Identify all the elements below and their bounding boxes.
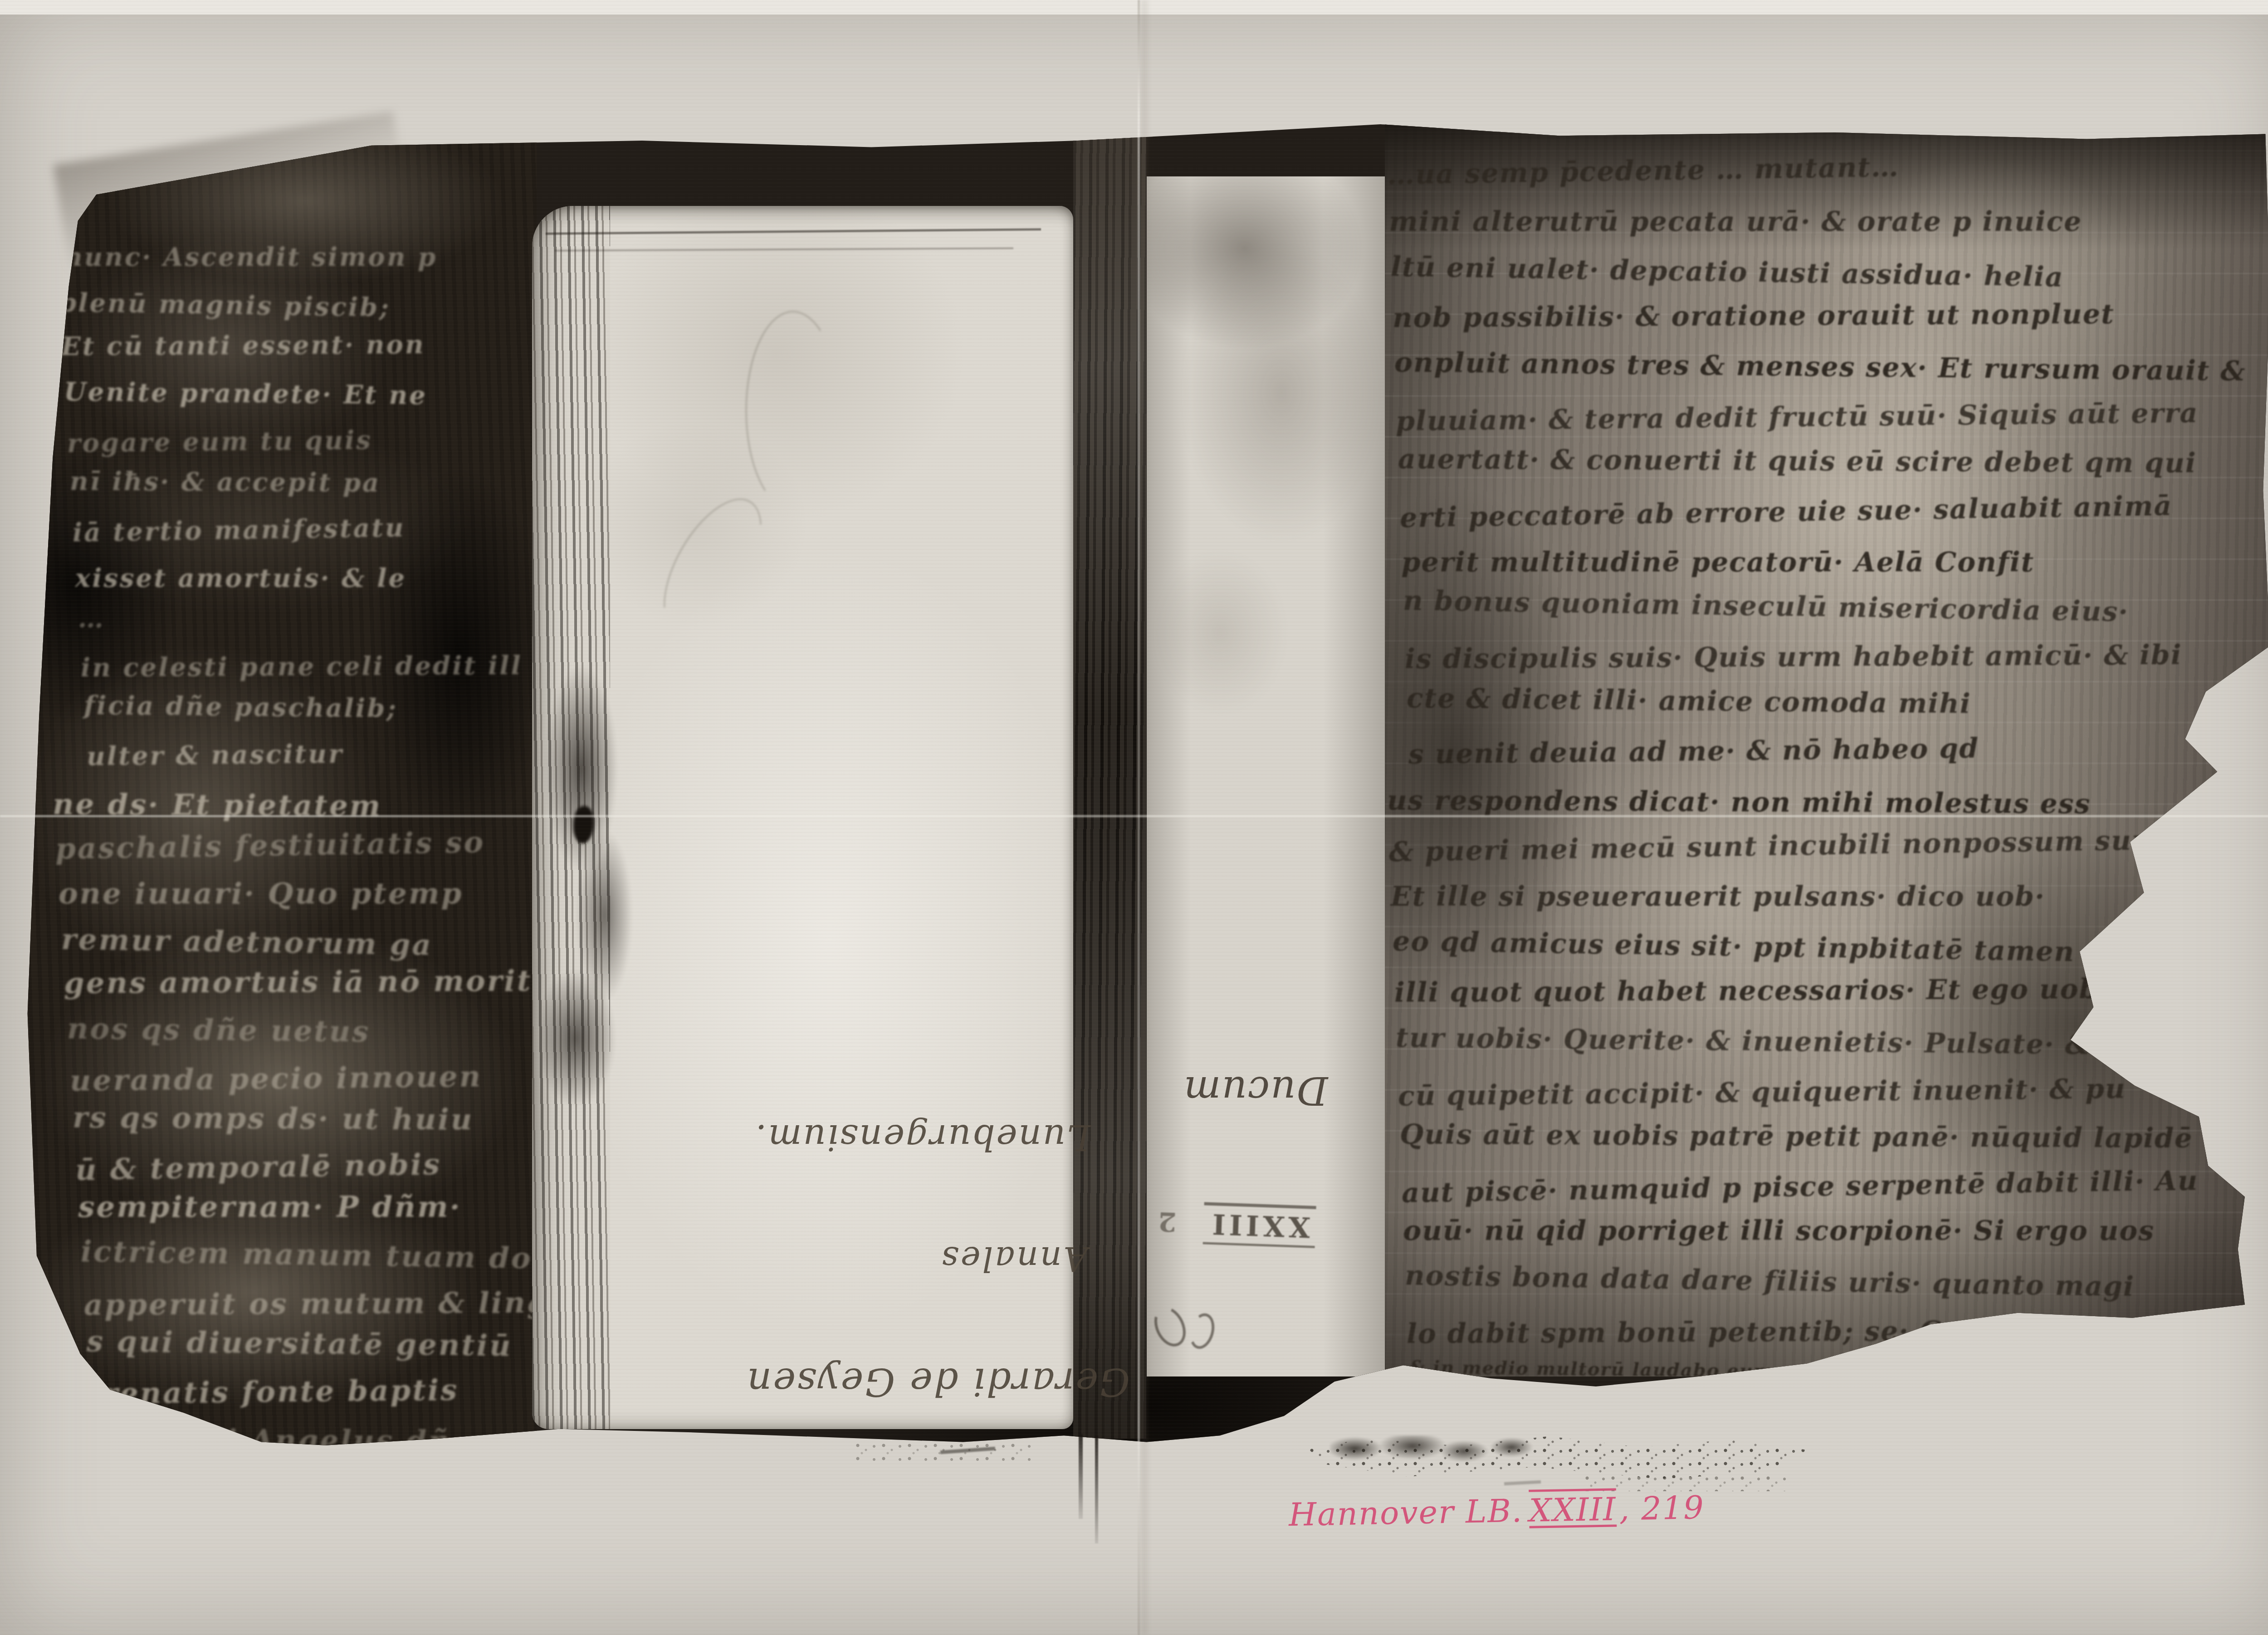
manuscript-line: illi quot quot habet necessarios· Et ego…	[1394, 973, 2099, 1009]
annotation-page-number: , 219	[1619, 1489, 1705, 1528]
manuscript-line: & pueri mei mecū sunt incubili nonpossum…	[1389, 824, 2147, 868]
inscription-word-ducum: Ducum	[1183, 1068, 1328, 1113]
toner-drip	[1079, 1434, 1083, 1519]
manuscript-line: tur uobis· Querite· & inuenietis· Pulsat…	[1396, 1022, 2173, 1062]
toner-speck-band	[1582, 1475, 1789, 1491]
manuscript-line: pluuiam· & terra dedit fructū suū· Siqui…	[1396, 397, 2199, 438]
toner-blob-cluster	[1330, 1435, 1536, 1462]
shelfmark-digit: 2	[1158, 1206, 1177, 1237]
toner-drip	[1095, 1435, 1098, 1543]
manuscript-line: …ua semp p̄cedente … mutant…	[1387, 151, 1900, 191]
manuscript-line: cū quipetit accipit· & quiquerit inuenit…	[1398, 1073, 2126, 1112]
fold-crease-vertical	[1138, 0, 1140, 1635]
manuscript-line: cte & dicet illi· amice comoda mihi	[1407, 682, 1971, 720]
manuscript-line: erti peccatorē ab errore uie sue· saluab…	[1399, 490, 2172, 534]
manuscript-line: nob passibilis· & oratione orauit ut non…	[1393, 298, 2115, 334]
toner-dash	[1504, 1480, 1541, 1485]
shelfmark-roman-numeral: XXIII	[1202, 1202, 1316, 1249]
ownership-inscription: Gerardi de Geysen Annales Luneburgensium…	[608, 1117, 1135, 1404]
manuscript-line: aut piscē· numquid p pisce serpentē dabi…	[1401, 1165, 2198, 1209]
manuscript-line: s uenit deuia ad me· & nō habeo qd	[1408, 733, 1979, 771]
manuscript-line: n bonus quoniam inseculū misericordia ei…	[1403, 585, 2129, 628]
photocopied-manuscript-region: …munc· Ascendit simon pplenū magnis pisc…	[0, 0, 2268, 1635]
manuscript-line: lo dabit spm bonū petentib; se· Confiteb…	[1407, 1314, 2171, 1350]
manuscript-line: auertatt· & conuerti it quis eū scire de…	[1398, 444, 2196, 479]
manuscript-line: Et ille si pseuerauerit pulsans· dico uo…	[1391, 881, 2045, 913]
manuscript-line: is discipulis suis· Quis urm habebit ami…	[1405, 639, 2182, 675]
scan-top-margin	[0, 0, 2268, 15]
inscription-line: Gerardi de Geysen	[608, 1360, 1130, 1405]
curator-annotation: Hannover LB.XXIII, 219	[1288, 1489, 1705, 1533]
manuscript-line: eo qd amicus eius sit· ppt inpbitatē tam…	[1392, 926, 2115, 969]
manuscript-line: onpluit annos tres & menses sex· Et rurs…	[1394, 347, 2246, 387]
manuscript-line: ouū· nū qid porriget illi scorpionē· Si …	[1403, 1215, 2155, 1247]
manuscript-line: & in medio multorū laudabo eum quia asti…	[1408, 1357, 2101, 1385]
inscription-line: Luneburgensium.	[608, 1117, 1090, 1157]
manuscript-line: perit multitudinē pecatorū· Aelā Confit	[1402, 547, 2035, 578]
annotation-library: Hannover LB.	[1288, 1492, 1523, 1533]
manuscript-line: nostis bona data dare filiis uris· quant…	[1405, 1260, 2135, 1303]
inscription-line: Annales	[608, 1239, 1088, 1278]
manuscript-line: us respondens dicat· non mihi molestus e…	[1387, 785, 2091, 820]
manuscript-line: Quis aūt ex uobis patrē petit panē· nūqu…	[1399, 1118, 2193, 1154]
manuscript-line: … animā meā …	[1387, 1410, 1559, 1433]
annotation-shelfmark: XXIII	[1529, 1491, 1617, 1529]
fold-crease-horizontal	[0, 815, 2268, 817]
manuscript-line: ltū eni ualet· depcatio iusti assidua· h…	[1390, 251, 2064, 293]
fold-crease-vertical-shadow	[1141, 0, 1148, 1635]
photostat-scan: …munc· Ascendit simon pplenū magnis pisc…	[0, 0, 2268, 1635]
shelfmark-stamp: XXIII 2	[1157, 1201, 1316, 1248]
manuscript-line: mini alterutrū pecata urā· & orate p inu…	[1389, 206, 2082, 238]
